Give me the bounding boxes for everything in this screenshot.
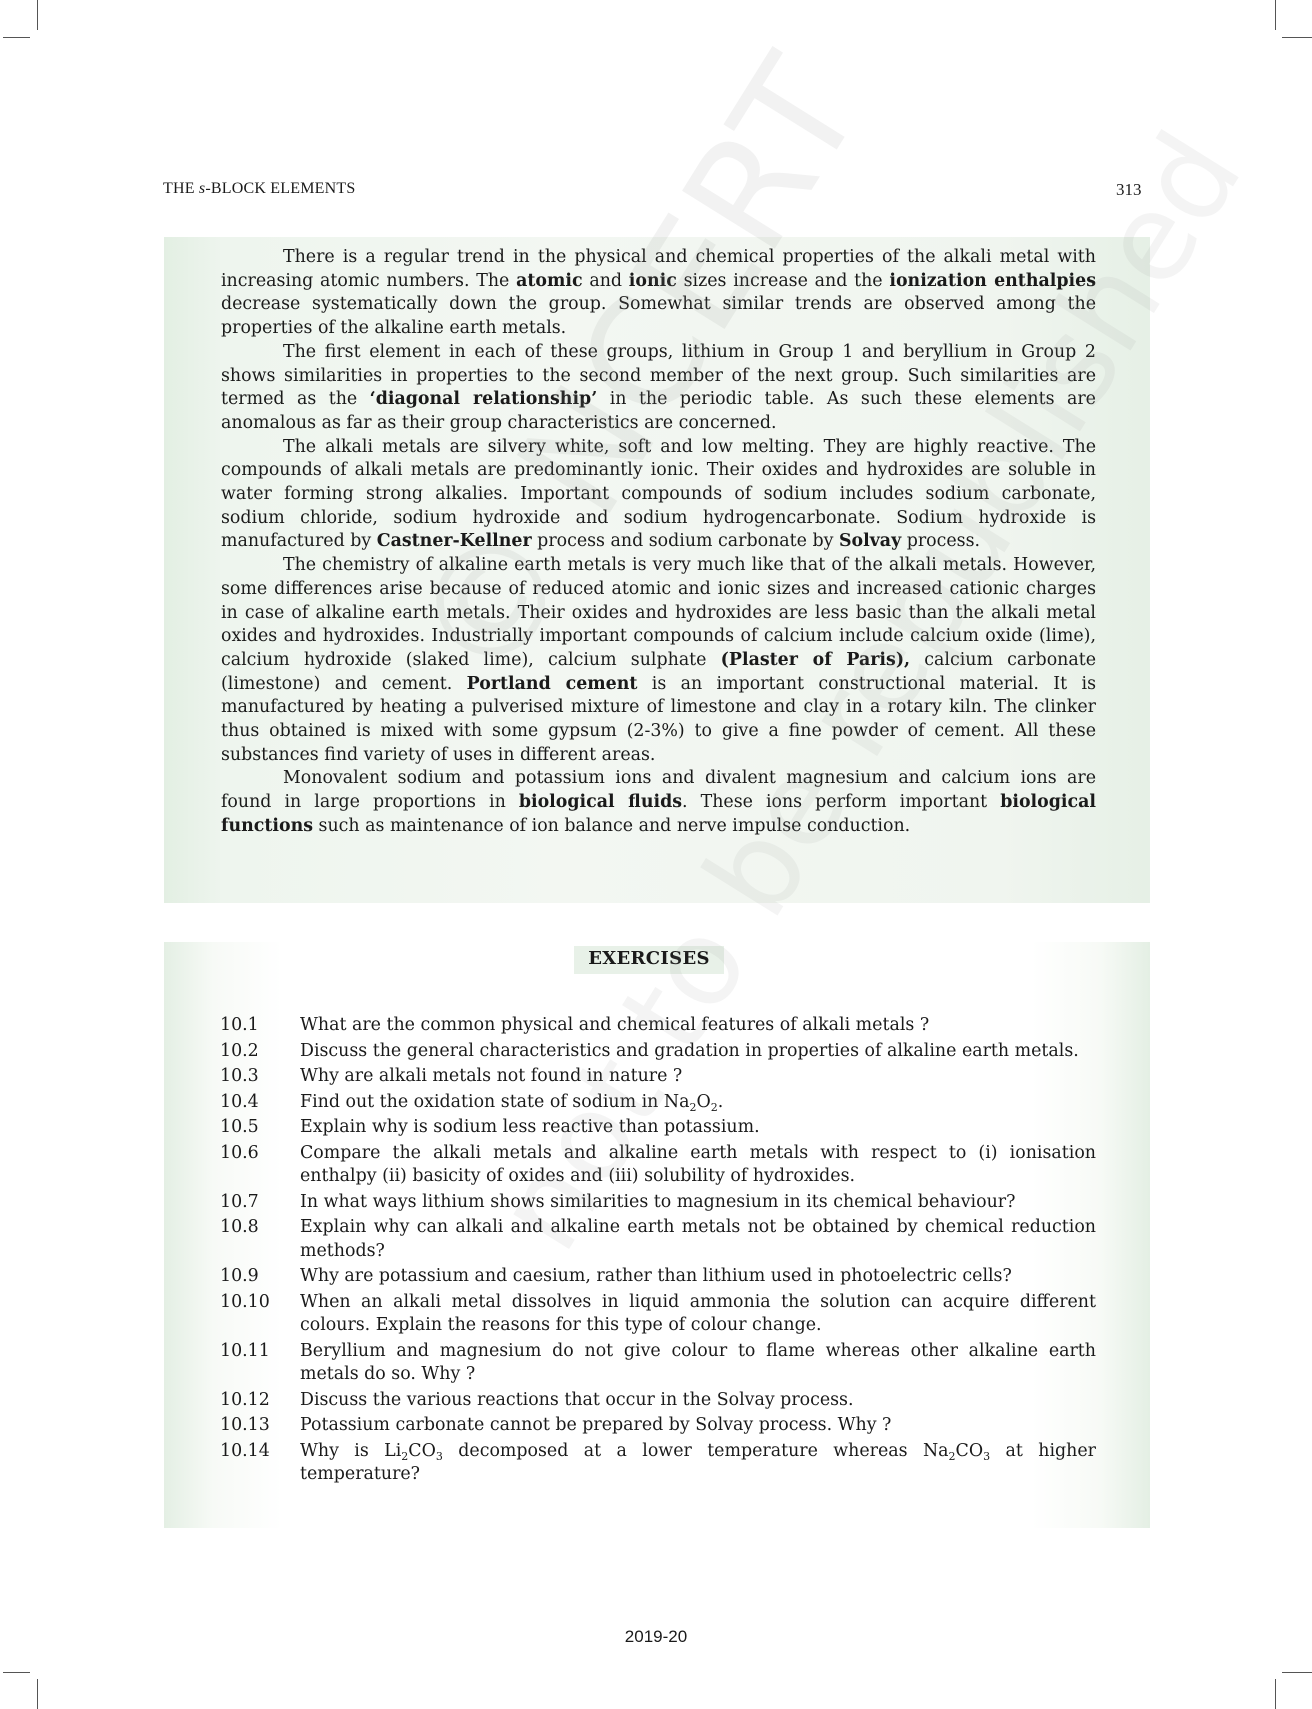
exercises-list: 10.1What are the common physical and che… <box>220 1014 1096 1489</box>
bold-term: ionic <box>629 271 677 291</box>
text-run: . These ions perform important <box>682 792 1000 812</box>
crop-mark-bottom-right-h <box>1282 1672 1312 1673</box>
crop-mark-top-left-h <box>3 37 30 38</box>
subscript: 3 <box>436 1450 443 1463</box>
text-run: decrease systematically down the group. … <box>221 294 1096 338</box>
text-run: O <box>696 1092 710 1112</box>
bold-term: ‘diagonal relationship’ <box>370 389 598 409</box>
text-run: decomposed at a lower temperature wherea… <box>443 1441 949 1461</box>
page-number: 313 <box>1116 180 1142 200</box>
exercise-item: 10.1What are the common physical and che… <box>220 1014 1096 1038</box>
text-run: In what ways lithium shows similarities … <box>300 1192 1015 1212</box>
text-run: Potassium carbonate cannot be prepared b… <box>300 1415 891 1435</box>
text-run: process and sodium carbonate by <box>532 531 839 551</box>
exercise-number: 10.4 <box>220 1091 300 1115</box>
exercise-question: Why are alkali metals not found in natur… <box>300 1065 1096 1089</box>
exercise-question: Discuss the various reactions that occur… <box>300 1389 1096 1413</box>
text-run: Compare the alkali metals and alkaline e… <box>300 1143 1096 1187</box>
text-run: Find out the oxidation state of sodium i… <box>300 1092 689 1112</box>
exercise-item: 10.11Beryllium and magnesium do not give… <box>220 1340 1096 1387</box>
exercise-question: What are the common physical and chemica… <box>300 1014 1096 1038</box>
running-head-suffix: -BLOCK ELEMENTS <box>205 180 355 197</box>
footer-year: 2019-20 <box>0 1627 1312 1647</box>
exercise-item: 10.3Why are alkali metals not found in n… <box>220 1065 1096 1089</box>
exercise-question: Why is Li2CO3 decomposed at a lower temp… <box>300 1440 1096 1487</box>
summary-paragraph: Monovalent sodium and potassium ions and… <box>221 767 1096 838</box>
exercise-number: 10.14 <box>220 1440 300 1487</box>
exercise-item: 10.8Explain why can alkali and alkaline … <box>220 1216 1096 1263</box>
bold-term: Portland cement <box>467 674 638 694</box>
exercise-question: Find out the oxidation state of sodium i… <box>300 1091 1096 1115</box>
text-run: Why are potassium and caesium, rather th… <box>300 1266 1012 1286</box>
exercise-item: 10.7In what ways lithium shows similarit… <box>220 1191 1096 1215</box>
exercise-question: Beryllium and magnesium do not give colo… <box>300 1340 1096 1387</box>
exercise-number: 10.13 <box>220 1414 300 1438</box>
crop-mark-top-right-h <box>1282 37 1312 38</box>
bold-term: ionization enthalpies <box>889 271 1096 291</box>
text-run: Discuss the general characteristics and … <box>300 1041 1079 1061</box>
running-head-prefix: THE <box>163 180 199 197</box>
exercise-question: Compare the alkali metals and alkaline e… <box>300 1142 1096 1189</box>
text-run: Why are alkali metals not found in natur… <box>300 1066 682 1086</box>
text-run: . <box>718 1092 724 1112</box>
exercise-number: 10.6 <box>220 1142 300 1189</box>
text-run: CO <box>956 1441 984 1461</box>
exercise-question: Why are potassium and caesium, rather th… <box>300 1265 1096 1289</box>
bold-term: (Plaster of Paris), <box>721 650 910 670</box>
crop-mark-top-right-v <box>1275 0 1276 30</box>
summary-paragraph: The alkali metals are silvery white, sof… <box>221 436 1096 555</box>
summary-text: There is a regular trend in the physical… <box>221 246 1096 839</box>
exercise-number: 10.2 <box>220 1040 300 1064</box>
text-run: and <box>583 271 629 291</box>
summary-paragraph: The first element in each of these group… <box>221 341 1096 436</box>
exercise-number: 10.5 <box>220 1116 300 1140</box>
exercise-number: 10.3 <box>220 1065 300 1089</box>
exercises-title: EXERCISES <box>574 948 724 969</box>
exercise-question: When an alkali metal dissolves in liquid… <box>300 1291 1096 1338</box>
text-run: process. <box>901 531 980 551</box>
exercise-item: 10.12Discuss the various reactions that … <box>220 1389 1096 1413</box>
text-run: Discuss the various reactions that occur… <box>300 1390 854 1410</box>
exercise-item: 10.13Potassium carbonate cannot be prepa… <box>220 1414 1096 1438</box>
text-run: sizes increase and the <box>677 271 890 291</box>
subscript: 2 <box>711 1101 718 1114</box>
text-run: Why is Li <box>300 1441 401 1461</box>
exercise-number: 10.1 <box>220 1014 300 1038</box>
exercise-question: Discuss the general characteristics and … <box>300 1040 1096 1064</box>
exercise-item: 10.10When an alkali metal dissolves in l… <box>220 1291 1096 1338</box>
text-run: Explain why can alkali and alkaline eart… <box>300 1217 1096 1261</box>
text-run: Beryllium and magnesium do not give colo… <box>300 1341 1096 1385</box>
exercise-question: Potassium carbonate cannot be prepared b… <box>300 1414 1096 1438</box>
bold-term: Castner-Kellner <box>377 531 532 551</box>
text-run: What are the common physical and chemica… <box>300 1015 929 1035</box>
text-run: such as maintenance of ion balance and n… <box>313 816 910 836</box>
exercise-number: 10.9 <box>220 1265 300 1289</box>
crop-mark-top-left-v <box>37 0 38 30</box>
crop-mark-bottom-right-v <box>1275 1679 1276 1709</box>
crop-mark-bottom-left-h <box>3 1672 30 1673</box>
exercise-question: Explain why can alkali and alkaline eart… <box>300 1216 1096 1263</box>
exercise-item: 10.4Find out the oxidation state of sodi… <box>220 1091 1096 1115</box>
exercise-number: 10.7 <box>220 1191 300 1215</box>
subscript: 2 <box>949 1450 956 1463</box>
exercise-number: 10.11 <box>220 1340 300 1387</box>
exercise-item: 10.5Explain why is sodium less reactive … <box>220 1116 1096 1140</box>
exercise-number: 10.10 <box>220 1291 300 1338</box>
exercise-item: 10.14Why is Li2CO3 decomposed at a lower… <box>220 1440 1096 1487</box>
exercise-item: 10.6Compare the alkali metals and alkali… <box>220 1142 1096 1189</box>
exercise-number: 10.12 <box>220 1389 300 1413</box>
text-run: CO <box>408 1441 436 1461</box>
summary-paragraph: There is a regular trend in the physical… <box>221 246 1096 341</box>
exercise-question: Explain why is sodium less reactive than… <box>300 1116 1096 1140</box>
exercise-item: 10.9Why are potassium and caesium, rathe… <box>220 1265 1096 1289</box>
exercise-item: 10.2Discuss the general characteristics … <box>220 1040 1096 1064</box>
exercise-question: In what ways lithium shows similarities … <box>300 1191 1096 1215</box>
bold-term: atomic <box>516 271 583 291</box>
text-run: When an alkali metal dissolves in liquid… <box>300 1292 1096 1336</box>
bold-term: biological fluids <box>519 792 682 812</box>
text-run: Explain why is sodium less reactive than… <box>300 1117 760 1137</box>
exercise-number: 10.8 <box>220 1216 300 1263</box>
crop-mark-bottom-left-v <box>37 1679 38 1709</box>
running-head: THE s-BLOCK ELEMENTS <box>163 180 355 198</box>
summary-paragraph: The chemistry of alkaline earth metals i… <box>221 554 1096 767</box>
bold-term: Solvay <box>839 531 901 551</box>
